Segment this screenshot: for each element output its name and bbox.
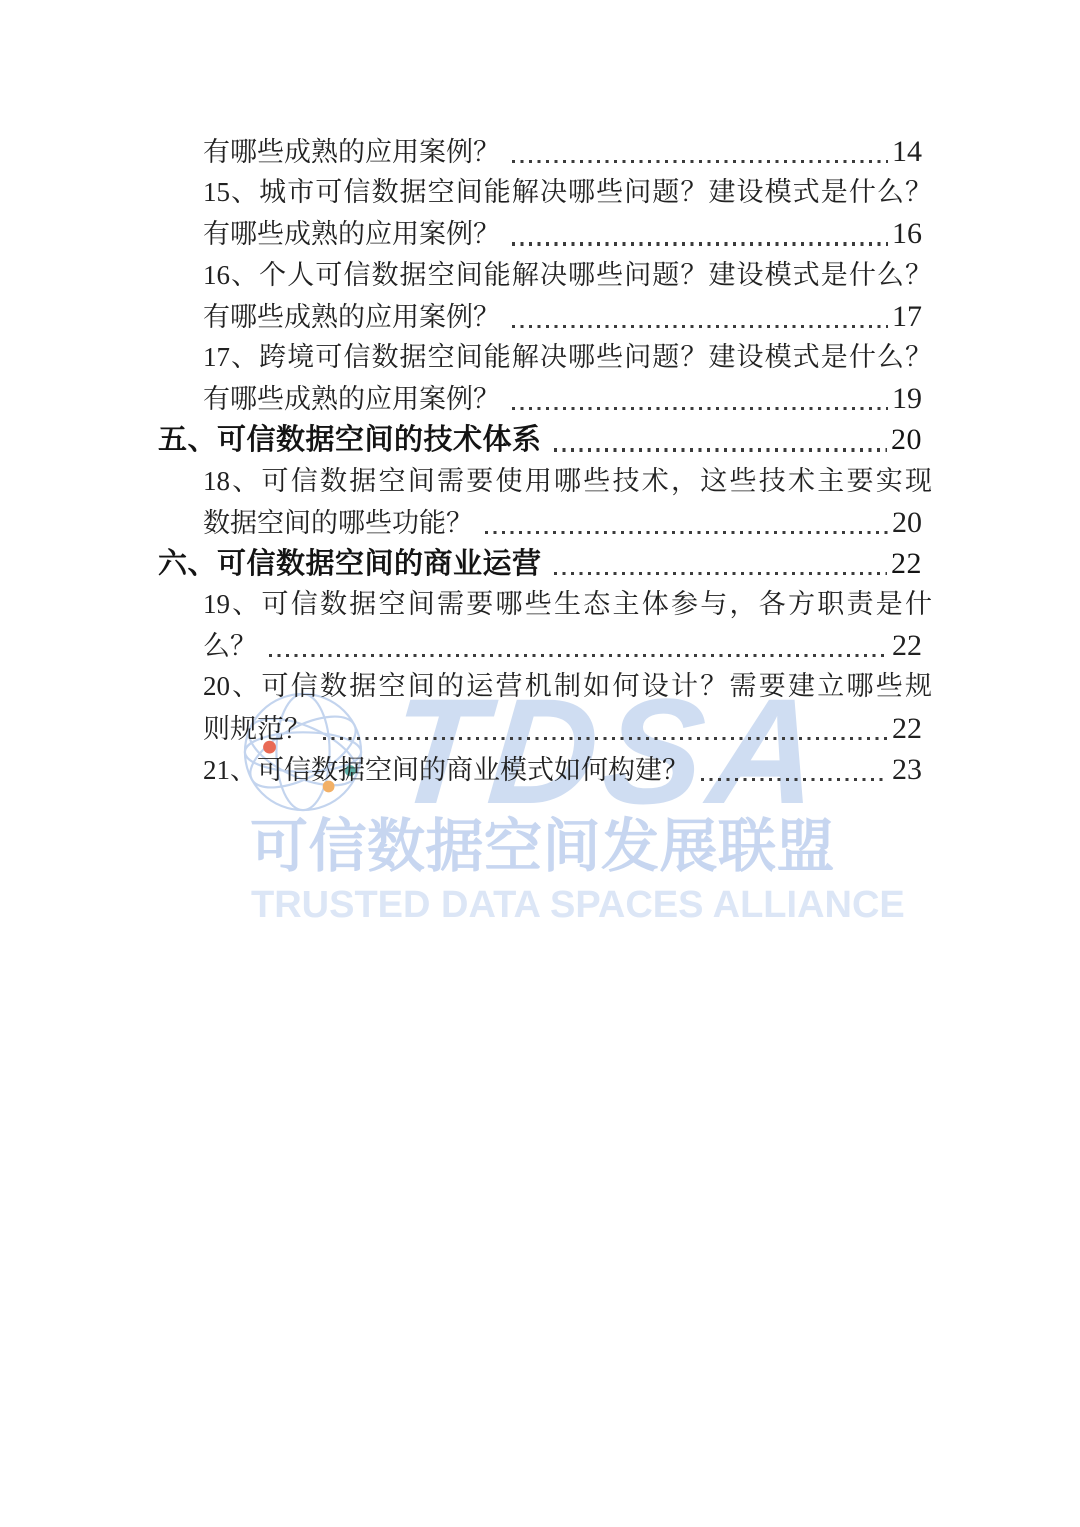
toc-entry-text: 有哪些成熟的应用案例？ [203, 214, 500, 255]
watermark-org-name-en: TRUSTED DATA SPACES ALLIANCE [251, 884, 905, 926]
page-number: 20 [892, 502, 922, 543]
toc-entry-text: 有哪些成熟的应用案例？ [203, 132, 500, 173]
page-number: 19 [892, 378, 922, 419]
toc-item-row: 21、可信数据空间的商业模式如何构建？23 [158, 749, 932, 790]
toc-entry-text: 六、可信数据空间的商业运营 [158, 544, 542, 585]
page-number: 22 [892, 708, 922, 749]
dot-leader [554, 543, 887, 584]
toc-entry-text: 18、可信数据空间需要使用哪些技术，这些技术主要实现 [203, 461, 932, 502]
toc-item-row: 数据空间的哪些功能？20 [158, 502, 932, 543]
toc-item-row: 20、可信数据空间的运营机制如何设计？需要建立哪些规 [158, 666, 932, 707]
toc-item-row: 18、可信数据空间需要使用哪些技术，这些技术主要实现 [158, 461, 932, 502]
toc-entry-text: 16、个人可信数据空间能解决哪些问题？建设模式是什么？ [203, 255, 932, 296]
dot-leader [512, 131, 888, 172]
dot-leader [269, 625, 888, 666]
toc-item-row: 16、个人可信数据空间能解决哪些问题？建设模式是什么？ [158, 255, 932, 296]
toc-entry-text: 17、跨境可信数据空间能解决哪些问题？建设模式是什么？ [203, 337, 932, 378]
toc-entry-text: 有哪些成熟的应用案例？ [203, 379, 500, 420]
toc-item-row: 有哪些成熟的应用案例？17 [158, 296, 932, 337]
toc-item-row: 有哪些成熟的应用案例？16 [158, 213, 932, 254]
toc-item-row: 则规范？22 [158, 708, 932, 749]
watermark-org-name-zh: 可信数据空间发展联盟 [250, 814, 835, 880]
page-number: 16 [892, 213, 922, 254]
page-number: 22 [892, 625, 922, 666]
page-number: 20 [891, 419, 922, 460]
toc-entry-text: 有哪些成熟的应用案例？ [203, 297, 500, 338]
toc-entry-text: 15、城市可信数据空间能解决哪些问题？建设模式是什么？ [203, 172, 932, 213]
toc-entry-text: 么？ [203, 626, 257, 667]
toc-heading-row: 六、可信数据空间的商业运营22 [158, 543, 932, 584]
dot-leader [554, 419, 887, 460]
toc-entry-text: 21、可信数据空间的商业模式如何构建？ [203, 750, 689, 791]
toc-item-row: 有哪些成熟的应用案例？14 [158, 131, 932, 172]
toc-item-row: 有哪些成熟的应用案例？19 [158, 378, 932, 419]
page-number: 23 [892, 749, 922, 790]
toc-entry-text: 20、可信数据空间的运营机制如何设计？需要建立哪些规 [203, 666, 932, 707]
page-number: 17 [892, 296, 922, 337]
dot-leader [512, 296, 888, 337]
toc-entry-text: 数据空间的哪些功能？ [203, 503, 473, 544]
toc-item-row: 17、跨境可信数据空间能解决哪些问题？建设模式是什么？ [158, 337, 932, 378]
dot-leader [323, 708, 888, 749]
toc-item-row: 19、可信数据空间需要哪些生态主体参与，各方职责是什 [158, 584, 932, 625]
dot-leader [512, 213, 888, 254]
toc-item-row: 15、城市可信数据空间能解决哪些问题？建设模式是什么？ [158, 172, 932, 213]
toc-entry-text: 则规范？ [203, 709, 311, 750]
dot-leader [512, 378, 888, 419]
toc-item-row: 么？22 [158, 625, 932, 666]
dot-leader [701, 749, 888, 790]
toc-entry-text: 五、可信数据空间的技术体系 [158, 420, 542, 461]
toc-heading-row: 五、可信数据空间的技术体系20 [158, 419, 932, 460]
dot-leader [485, 502, 888, 543]
table-of-contents: 有哪些成熟的应用案例？1415、城市可信数据空间能解决哪些问题？建设模式是什么？… [158, 131, 932, 790]
page-number: 22 [891, 543, 922, 584]
page-number: 14 [892, 131, 922, 172]
toc-entry-text: 19、可信数据空间需要哪些生态主体参与，各方职责是什 [203, 584, 932, 625]
